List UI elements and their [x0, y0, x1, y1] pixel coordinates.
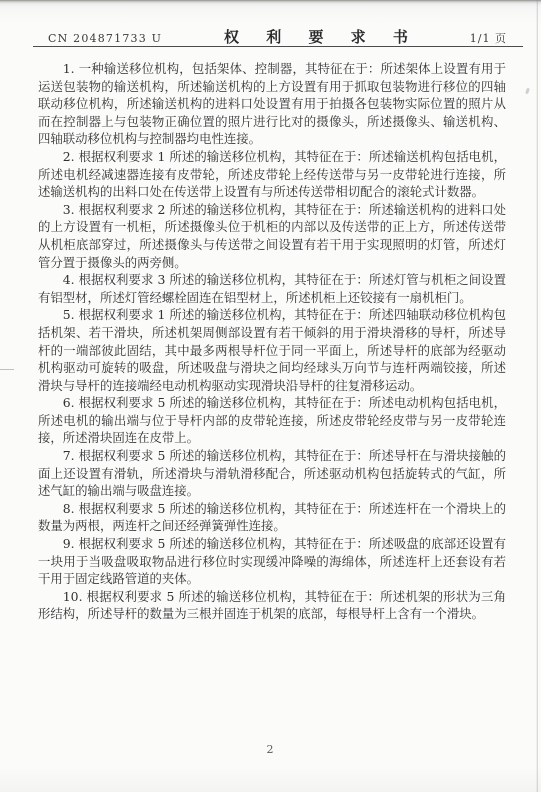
claim-paragraph-9: 9. 根据权利要求 5 所述的输送移位机构，其特征在于：所述吸盘的底部还设置有一… [38, 535, 506, 588]
scan-scratch-artifact [0, 369, 14, 370]
claim-paragraph-8: 8. 根据权利要求 5 所述的输送移位机构，其特征在于：所述连杆在一个滑块上的数… [38, 500, 506, 535]
claim-paragraph-7: 7. 根据权利要求 5 所述的输送移位机构，其特征在于：所述导杆在与滑块接触的面… [38, 447, 506, 500]
claim-paragraph-1: 1. 一种输送移位机构，包括架体、控制器，其特征在于：所述架体上设置有用于运送包… [38, 60, 506, 148]
claim-paragraph-10: 10. 根据权利要求 5 所述的输送移位机构，其特征在于：所述机架的形状为三角形… [38, 588, 506, 623]
scan-speck-artifact [525, 88, 530, 95]
claim-paragraph-4: 4. 根据权利要求 3 所述的输送移位机构，其特征在于：所述灯管与机柜之间设置有… [38, 271, 506, 306]
scan-right-edge-artifact [536, 0, 538, 792]
document-number: CN 204871733 U [48, 32, 162, 45]
claim-paragraph-5: 5. 根据权利要求 1 所述的输送移位机构，其特征在于：所述四轴联动移位机构包括… [38, 306, 506, 394]
page-number: 2 [267, 743, 275, 756]
claim-paragraph-3: 3. 根据权利要求 2 所述的输送移位机构，其特征在于：所述输送机构的进料口处的… [38, 201, 506, 271]
page-footer: 2 [0, 738, 541, 757]
page-header: CN 204871733 U 权 利 要 求 书 1/1 页 [48, 26, 507, 47]
header-rule [33, 46, 523, 47]
scan-top-edge-artifact [0, 0, 541, 7]
claims-section: 1. 一种输送移位机构，包括架体、控制器，其特征在于：所述架体上设置有用于运送包… [38, 60, 506, 623]
page-indicator: 1/1 页 [470, 30, 507, 46]
patent-claims-page: CN 204871733 U 权 利 要 求 书 1/1 页 1. 一种输送移位… [0, 0, 541, 792]
claim-paragraph-6: 6. 根据权利要求 5 所述的输送移位机构，其特征在于：所述电动机构包括电机，所… [38, 394, 506, 447]
claim-paragraph-2: 2. 根据权利要求 1 所述的输送移位机构，其特征在于：所述输送机构包括电机，所… [38, 148, 506, 201]
page-title: 权 利 要 求 书 [162, 26, 470, 47]
